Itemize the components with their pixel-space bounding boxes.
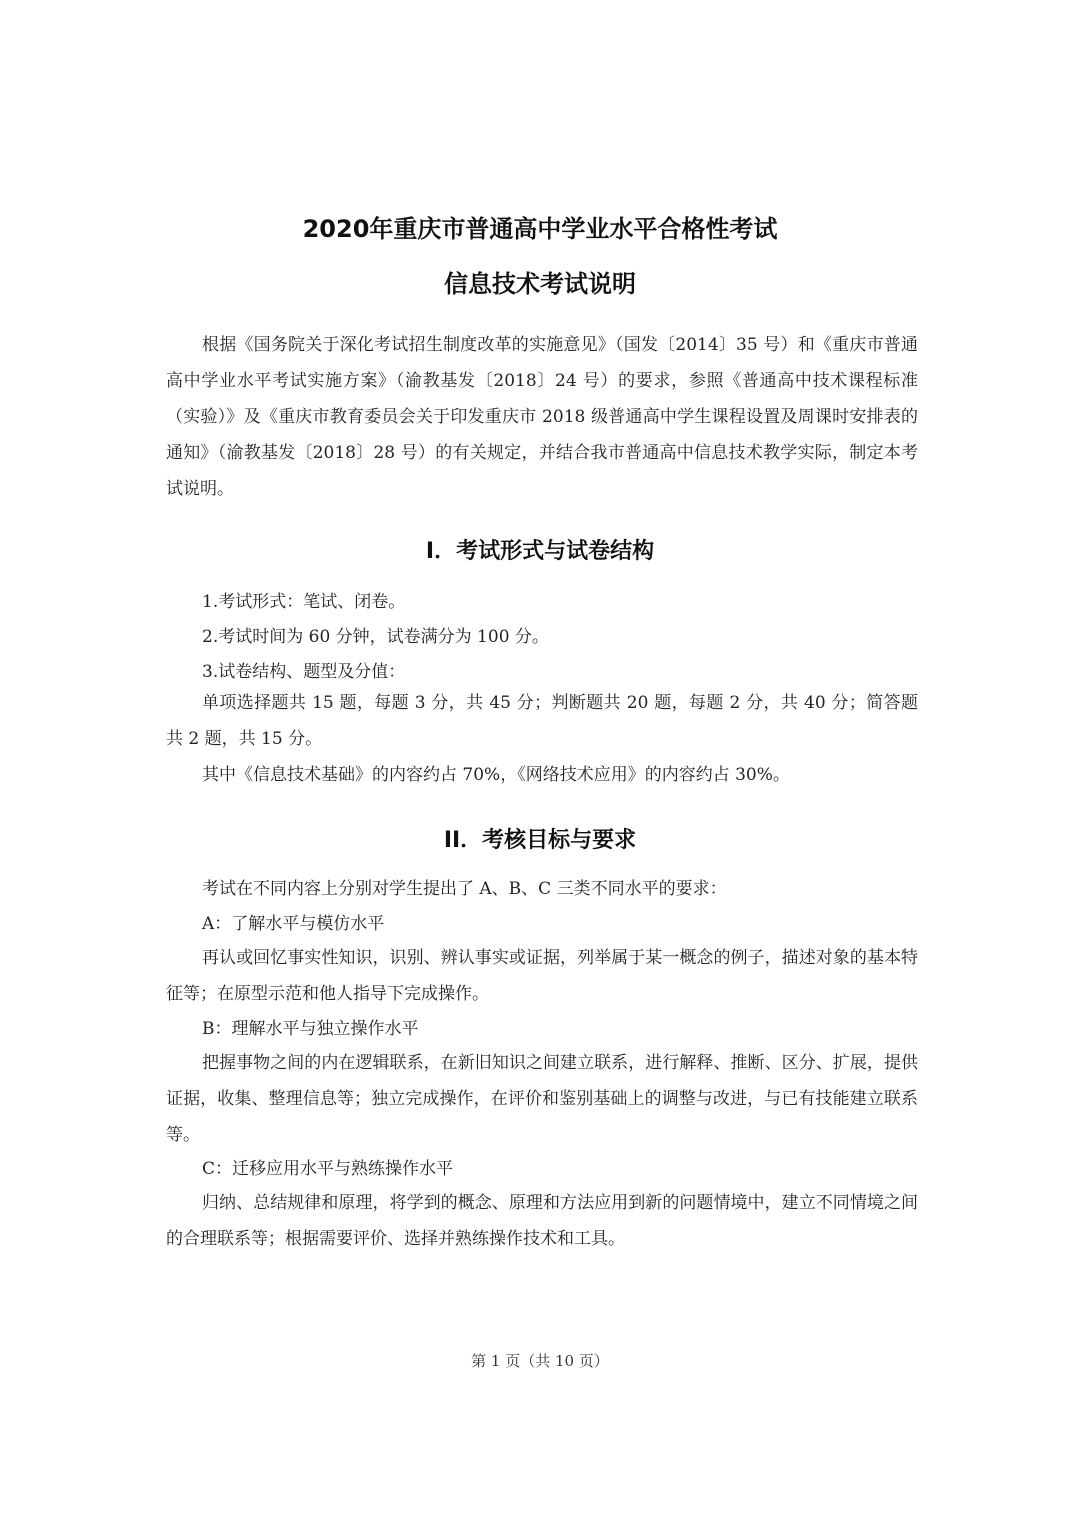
- level-a-description: 再认或回忆事实性知识，识别、辨认事实或证据，列举属于某一概念的例子，描述对象的基…: [166, 940, 918, 1012]
- page-number-footer: 第 1 页（共 10 页）: [0, 1350, 1080, 1371]
- list-item-exam-time: 2.考试时间为 60 分钟，试卷满分为 100 分。: [202, 619, 918, 655]
- content-ratio-paragraph: 其中《信息技术基础》的内容约占 70%，《网络技术应用》的内容约占 30%。: [202, 757, 918, 793]
- section-heading-exam-format: I．考试形式与试卷结构: [0, 534, 1080, 565]
- levels-intro: 考试在不同内容上分别对学生提出了 A、B、C 三类不同水平的要求：: [202, 871, 918, 907]
- level-a-label: A：了解水平与模仿水平: [202, 906, 918, 942]
- document-title: 2020年重庆市普通高中学业水平合格性考试: [0, 209, 1080, 244]
- list-item-exam-form: 1.考试形式：笔试、闭卷。: [202, 584, 918, 620]
- structure-paragraph: 单项选择题共 15 题，每题 3 分，共 45 分；判断题共 20 题，每题 2…: [166, 685, 918, 757]
- document-page: 2020年重庆市普通高中学业水平合格性考试 信息技术考试说明 根据《国务院关于深…: [0, 0, 1080, 1527]
- level-c-description: 归纳、总结规律和原理，将学到的概念、原理和方法应用到新的问题情境中，建立不同情境…: [166, 1185, 918, 1257]
- level-c-label: C：迁移应用水平与熟练操作水平: [202, 1151, 918, 1187]
- level-b-description: 把握事物之间的内在逻辑联系，在新旧知识之间建立联系，进行解释、推断、区分、扩展，…: [166, 1045, 918, 1153]
- intro-paragraph: 根据《国务院关于深化考试招生制度改革的实施意见》（国发〔2014〕35 号）和《…: [166, 327, 918, 507]
- level-b-label: B：理解水平与独立操作水平: [202, 1011, 918, 1047]
- document-subtitle: 信息技术考试说明: [0, 264, 1080, 299]
- section-heading-assessment-goals: II．考核目标与要求: [0, 823, 1080, 854]
